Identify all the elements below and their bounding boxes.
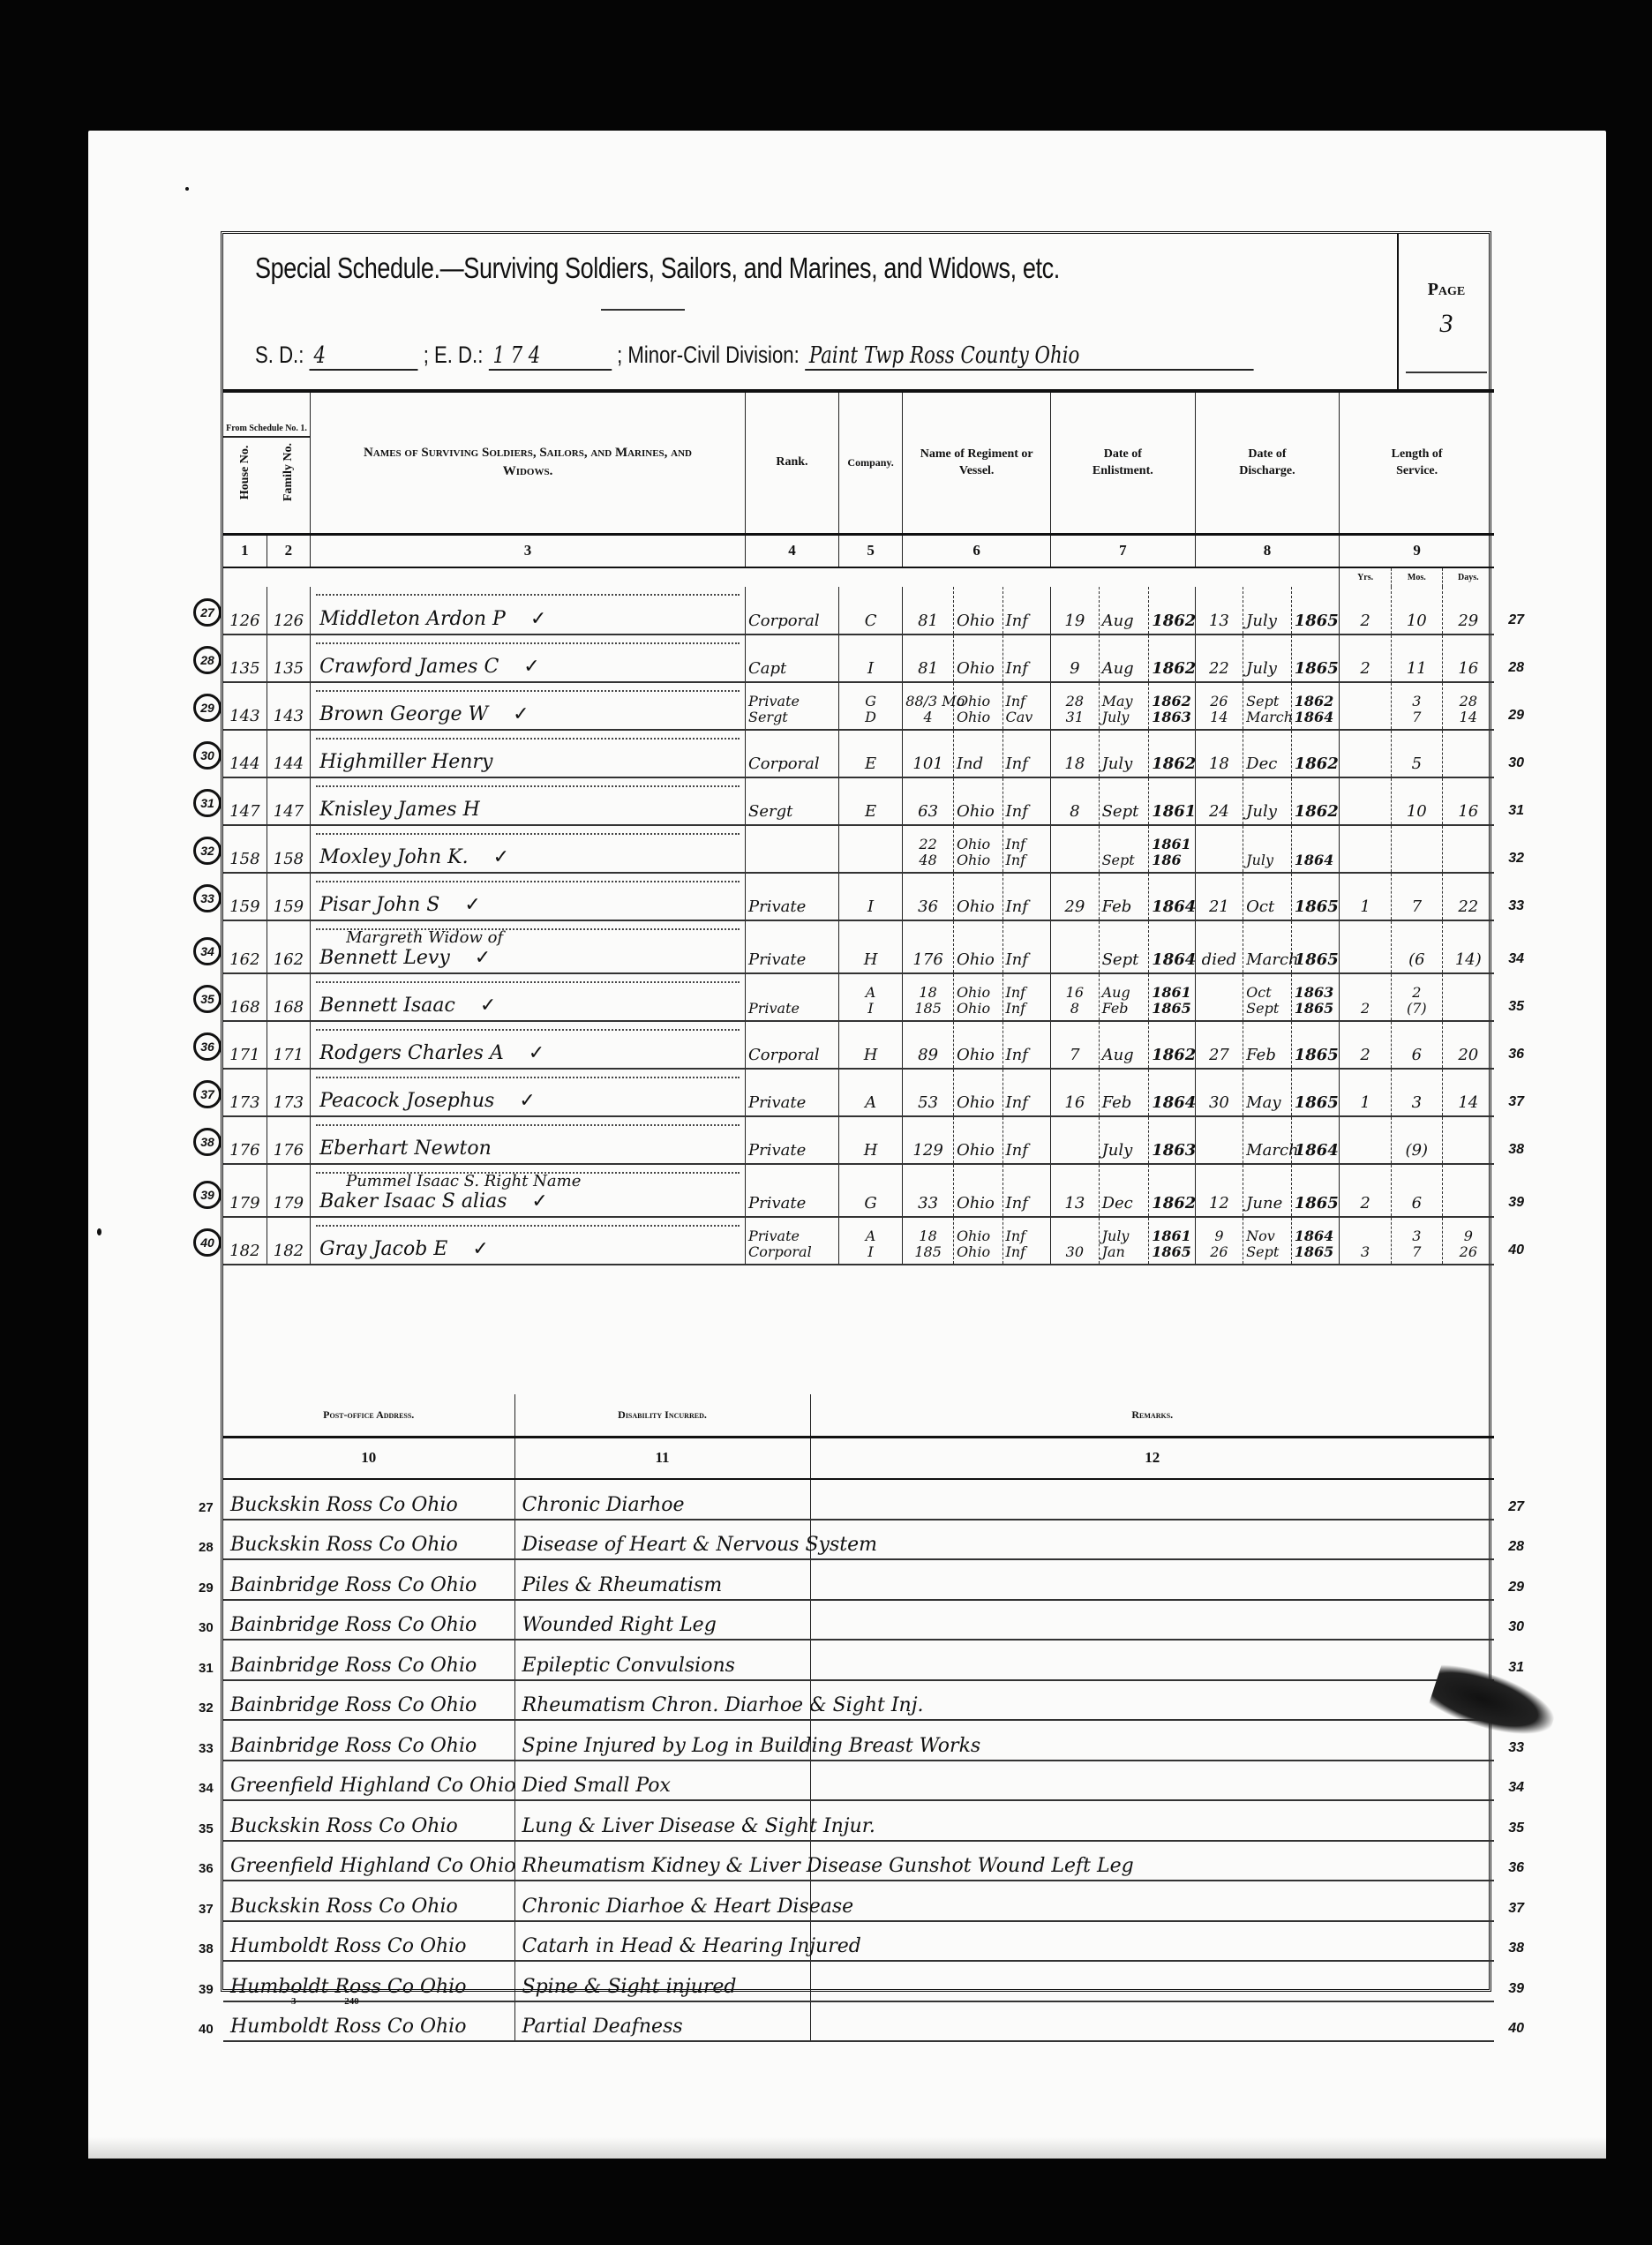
enlist-year: 1864	[1149, 873, 1195, 920]
company: AI	[838, 1217, 902, 1265]
regiment-number: 36	[903, 873, 954, 920]
line-number-circle: 36	[193, 1032, 222, 1061]
discharge-day-value: 24	[1209, 802, 1229, 821]
disability-incurred: Died Small Pox	[514, 1761, 810, 1801]
left-line-number: 31	[199, 1661, 214, 1676]
soldier-name-value: Moxley John K.	[319, 846, 468, 868]
remarks: 37	[810, 1881, 1494, 1921]
regiment-number: 81	[903, 587, 954, 634]
page-box: Page 3	[1397, 234, 1494, 389]
regiment-arm: Inf	[1002, 1021, 1051, 1069]
enlist-year-value: 1861	[1152, 837, 1191, 852]
enlist-year-value: 1865	[1152, 1244, 1191, 1260]
speck	[185, 187, 189, 191]
enlist-day-value: 16	[1064, 1093, 1085, 1112]
discharge-month-value: Sept	[1246, 1001, 1288, 1017]
left-line-number: 34	[199, 1781, 214, 1796]
sd-value: 4	[310, 342, 418, 371]
remarks: 28	[810, 1520, 1494, 1560]
line-number-circle: 31	[193, 789, 222, 817]
discharge-year-value: 1864	[1295, 1141, 1339, 1160]
discharge-day-value: 9	[1198, 1228, 1241, 1244]
address-row: Buckskin Ross Co Ohio27Chronic Diarhoe27	[223, 1479, 1494, 1520]
rank-value: Private	[748, 1228, 836, 1244]
disability-incurred-value: Chronic Diarhoe & Heart Disease	[522, 1896, 854, 1918]
col-num-11: 11	[514, 1437, 810, 1479]
enlist-year-value: 1864	[1152, 950, 1196, 969]
col-num-7: 7	[1051, 534, 1196, 567]
district-line: S. D.: 4 ; E. D.: 174 ; Minor-Civil Divi…	[255, 342, 1253, 371]
remarks: 32	[810, 1680, 1494, 1721]
soldier-name: Highmiller Henry	[311, 730, 746, 777]
disability-incurred: Chronic Diarhoe	[514, 1479, 810, 1520]
service-months-value: (7)	[1394, 1001, 1439, 1017]
regiment-arm-value: Inf	[1006, 1093, 1028, 1112]
discharge-month-value: July	[1246, 612, 1277, 630]
regiment-number: 18185	[903, 973, 954, 1021]
service-days: 30	[1442, 730, 1494, 777]
company-value: H	[864, 950, 878, 969]
discharge-month: July	[1243, 587, 1292, 634]
disability-incurred: Rheumatism Chron. Diarhoe & Sight Inj.	[514, 1680, 810, 1721]
regiment-number-value: 4	[905, 710, 950, 725]
service-years-value: 2	[1342, 1001, 1388, 1017]
regiment-arm: Inf	[1002, 1164, 1051, 1217]
enlist-month-value: Feb	[1102, 897, 1132, 916]
regiment-state: Ind	[953, 730, 1002, 777]
service-years-value: 1	[1360, 1093, 1370, 1112]
service-months-value: 7	[1394, 710, 1439, 725]
right-line-number: 39	[1508, 1981, 1524, 1997]
discharge-month-value: June	[1246, 1194, 1282, 1213]
service-days: 39	[1442, 1164, 1494, 1217]
regiment-state: Ohio	[953, 1164, 1002, 1217]
regiment-number: 81	[903, 634, 954, 682]
speck	[97, 1228, 101, 1235]
disability-incurred: Chronic Diarhoe & Heart Disease	[514, 1881, 810, 1921]
enlist-year-value: 1861	[1152, 1228, 1191, 1244]
enlist-month: Feb	[1099, 1069, 1149, 1116]
table-row: 38176176Eberhart NewtonPrivateH129OhioIn…	[223, 1116, 1494, 1164]
right-line-number: 33	[1508, 898, 1524, 914]
right-line-number: 38	[1508, 1142, 1524, 1158]
address-row: Greenfield Highland Co Ohio36Rheumatism …	[223, 1841, 1494, 1881]
regiment-number-value: 18	[905, 1228, 950, 1244]
right-line-number: 31	[1508, 1660, 1524, 1676]
post-office-address-value: Bainbridge Ross Co Ohio	[230, 1694, 477, 1716]
family-number: 168	[267, 973, 310, 1021]
discharge-year-value: 1864	[1295, 852, 1337, 868]
company-value: E	[865, 802, 876, 821]
regiment-arm: Inf	[1002, 730, 1051, 777]
regiment-arm: Inf	[1002, 1069, 1051, 1116]
col-num-8: 8	[1195, 534, 1340, 567]
discharge-month-value: Feb	[1246, 1046, 1276, 1064]
service-days: 1628	[1442, 634, 1494, 682]
right-line-number: 34	[1508, 1780, 1524, 1796]
post-office-address: Bainbridge Ross Co Ohio33	[223, 1720, 514, 1761]
discharge-year: 1862	[1291, 777, 1340, 825]
regiment-state-value: Ohio	[957, 985, 1000, 1001]
house-number: 27126	[223, 587, 267, 634]
rank: Capt	[745, 634, 838, 682]
company: I	[838, 634, 902, 682]
discharge-day-value: 13	[1209, 612, 1229, 630]
discharge-day-value: 22	[1209, 659, 1229, 678]
service-months	[1391, 825, 1442, 873]
enlist-month: Sept	[1099, 777, 1149, 825]
rank-value: Private	[748, 1001, 836, 1017]
discharge-year-value: 1864	[1295, 1228, 1337, 1244]
service-days: 38	[1442, 1116, 1494, 1164]
enlist-year: 1861	[1149, 777, 1195, 825]
title-rule	[601, 309, 685, 311]
regiment-state: Ohio	[953, 1116, 1002, 1164]
enlist-day: 168	[1051, 973, 1100, 1021]
regiment-arm-value: Inf	[1006, 950, 1028, 969]
service-days: 32	[1442, 825, 1494, 873]
table-row: 28135135Crawford James C✓CaptI81OhioInf9…	[223, 634, 1494, 682]
right-line-number: 29	[1508, 708, 1524, 724]
regiment-state-value: Ohio	[957, 1001, 1000, 1017]
check-mark-icon: ✓	[493, 846, 509, 868]
service-years	[1340, 1116, 1392, 1164]
footer-code-a: 3	[291, 1996, 297, 2007]
address-row: Humboldt Ross Co Ohio39Spine & Sight inj…	[223, 1961, 1494, 2001]
disability-incurred-value: Spine & Sight injured	[522, 1976, 737, 1998]
regiment-arm-value: Inf	[1006, 897, 1028, 916]
service-days-value: 16	[1458, 659, 1478, 678]
company: H	[838, 920, 902, 973]
enlist-day-value: 8	[1054, 1001, 1096, 1017]
post-office-address-value: Bainbridge Ross Co Ohio	[230, 1614, 477, 1636]
right-line-number: 38	[1508, 1941, 1524, 1956]
disability-incurred-value: Partial Deafness	[522, 2016, 683, 2038]
left-line-number: 33	[199, 1741, 214, 1756]
discharge-month-value: March	[1246, 950, 1298, 969]
table-row: 37173173Peacock Josephus✓PrivateA53OhioI…	[223, 1069, 1494, 1116]
discharge-year: 1865	[1291, 1164, 1340, 1217]
discharge-month-value: Oct	[1246, 985, 1288, 1001]
left-line-number: 40	[199, 2022, 214, 2037]
regiment-state-value: Ohio	[957, 612, 995, 630]
disability-incurred: Catarh in Head & Hearing Injured	[514, 1921, 810, 1962]
enlist-month: July	[1099, 730, 1149, 777]
remarks: 34	[810, 1761, 1494, 1801]
regiment-arm-value: Inf	[1006, 694, 1048, 710]
col-num-3: 3	[311, 534, 746, 567]
check-mark-icon: ✓	[523, 656, 539, 678]
company: E	[838, 730, 902, 777]
discharge-day: 21	[1195, 873, 1243, 920]
disability-incurred: Wounded Right Leg	[514, 1600, 810, 1641]
enlist-day: 29	[1051, 873, 1100, 920]
service-years: 2	[1340, 973, 1392, 1021]
rank: Corporal	[745, 587, 838, 634]
enlist-year-value: 1862	[1152, 659, 1196, 678]
discharge-year: 18631865	[1291, 973, 1340, 1021]
regiment-number-value: 89	[918, 1046, 938, 1064]
col-num-5: 5	[838, 534, 902, 567]
post-office-address-value: Humboldt Ross Co Ohio	[230, 1976, 466, 1998]
enlist-month: MayJuly	[1099, 682, 1149, 730]
soldier-name: Margreth Widow ofBennett Levy✓	[311, 920, 746, 973]
col-num-6: 6	[903, 534, 1051, 567]
mcd-label: ; Minor-Civil Division:	[617, 342, 800, 368]
post-office-address: Buckskin Ross Co Ohio37	[223, 1881, 514, 1921]
discharge-month: Dec	[1243, 730, 1292, 777]
regiment-number-value: 101	[912, 755, 942, 773]
right-line-number: 36	[1508, 1047, 1524, 1062]
service-years: 1	[1340, 1069, 1392, 1116]
enlist-month: Feb	[1099, 873, 1149, 920]
line-number-circle: 37	[193, 1080, 222, 1108]
enlist-day-value: 13	[1064, 1194, 1085, 1213]
service-months-value: 3	[1394, 694, 1439, 710]
enlist-day: 7	[1051, 1021, 1100, 1069]
service-days-value: 29	[1458, 612, 1478, 630]
soldier-name: Peacock Josephus✓	[311, 1069, 746, 1116]
regiment-state-value: Ohio	[957, 802, 995, 821]
regiment-arm: Inf	[1002, 873, 1051, 920]
company-value: D	[842, 710, 899, 725]
service-years-value: 1	[1360, 897, 1370, 916]
regiment-number-value: 129	[912, 1141, 942, 1160]
regiment-state: Ohio	[953, 920, 1002, 973]
service-days: 2233	[1442, 873, 1494, 920]
form-header: Special Schedule.—Surviving Soldiers, Sa…	[223, 234, 1494, 393]
enlist-day: 30	[1051, 1217, 1100, 1265]
check-mark-icon: ✓	[531, 1190, 547, 1213]
service-years-value: 2	[1360, 612, 1370, 630]
house-number-value: 182	[229, 1242, 259, 1260]
line-number-circle: 34	[193, 937, 222, 965]
remarks: 27	[810, 1479, 1494, 1520]
post-office-address-value: Bainbridge Ross Co Ohio	[230, 1655, 477, 1677]
enlist-year-value: 1862	[1152, 694, 1191, 710]
regiment-number: 33	[903, 1164, 954, 1217]
regiment-arm: InfInf	[1002, 825, 1051, 873]
left-line-number: 29	[199, 1581, 214, 1596]
discharge-month-value: Dec	[1246, 755, 1277, 773]
regiment-arm: Inf	[1002, 634, 1051, 682]
name-annotation: Margreth Widow of	[319, 928, 742, 947]
regiment-state-value: Ohio	[957, 710, 1000, 725]
family-number: 171	[267, 1021, 310, 1069]
discharge-month: July	[1243, 634, 1292, 682]
disability-incurred-value: Died Small Pox	[522, 1775, 671, 1797]
remarks-header: Remarks.	[810, 1394, 1494, 1437]
address-row: Buckskin Ross Co Ohio28Disease of Heart …	[223, 1520, 1494, 1560]
service-months-value: 6	[1412, 1046, 1422, 1064]
rank-value: Corporal	[748, 1244, 836, 1260]
regiment-number: 101	[903, 730, 954, 777]
enlist-year: 1861186	[1149, 825, 1195, 873]
enlist-year-value: 1862	[1152, 612, 1196, 630]
check-mark-icon: ✓	[475, 947, 491, 969]
enlist-day: 8	[1051, 777, 1100, 825]
service-days-value: 28	[1445, 694, 1491, 710]
post-office-address: Bainbridge Ross Co Ohio29	[223, 1559, 514, 1600]
days-header: Days.	[1442, 567, 1494, 587]
enlist-month: Sept	[1099, 920, 1149, 973]
names-header: Names of Surviving Soldiers, Sailors, an…	[311, 393, 746, 534]
company: AI	[838, 973, 902, 1021]
address-row: Humboldt Ross Co Ohio38Catarh in Head & …	[223, 1921, 1494, 1962]
special-schedule-form: Special Schedule.—Surviving Soldiers, Sa…	[221, 231, 1491, 1992]
regiment-state: OhioOhio	[953, 682, 1002, 730]
soldier-name-value: Pisar John S	[319, 894, 439, 916]
house-number: 32158	[223, 825, 267, 873]
disability-header: Disability Incurred.	[514, 1394, 810, 1437]
house-number-value: 158	[229, 850, 259, 868]
discharge-month: Feb	[1243, 1021, 1292, 1069]
remarks: 29	[810, 1559, 1494, 1600]
service-years	[1340, 682, 1392, 730]
soldier-name-value: Knisley James H	[319, 799, 480, 821]
rank: Private	[745, 920, 838, 973]
discharge-month: July	[1243, 825, 1292, 873]
right-line-number: 27	[1508, 1499, 1524, 1515]
discharge-year-value: 1862	[1295, 755, 1339, 773]
address-row: Greenfield Highland Co Ohio34Died Small …	[223, 1761, 1494, 1801]
enlist-year: 1862	[1149, 587, 1195, 634]
footer-codes: 3 240	[291, 1996, 405, 2007]
soldier-name: Brown George W✓	[311, 682, 746, 730]
service-months-value: 11	[1407, 659, 1427, 678]
discharge-year-value: 1865	[1295, 1046, 1339, 1064]
length-header: Length of Service.	[1340, 393, 1494, 534]
discharge-month-value: July	[1246, 852, 1288, 868]
service-days: 14)34	[1442, 920, 1494, 973]
house-number: 36171	[223, 1021, 267, 1069]
discharge-month-value: Nov	[1246, 1228, 1288, 1244]
service-days: 1631	[1442, 777, 1494, 825]
enlist-day: 19	[1051, 587, 1100, 634]
discharge-year-value: 1865	[1295, 897, 1339, 916]
service-months: 7	[1391, 873, 1442, 920]
enlist-year: 1862	[1149, 1021, 1195, 1069]
regiment-number-value: 22	[905, 837, 950, 852]
right-line-number: 31	[1508, 803, 1524, 819]
disability-incurred-value: Epileptic Convulsions	[522, 1655, 735, 1677]
service-days: 1437	[1442, 1069, 1494, 1116]
service-days: 2036	[1442, 1021, 1494, 1069]
discharge-year: 1862	[1291, 730, 1340, 777]
discharge-day-value: 12	[1209, 1194, 1229, 1213]
discharge-month-value: Oct	[1246, 897, 1274, 916]
subheader-spacer	[223, 567, 1340, 587]
soldier-name-value: Gray Jacob E	[319, 1238, 447, 1260]
page-underline	[1406, 372, 1487, 373]
soldier-name-value: Rodgers Charles A	[319, 1042, 504, 1064]
post-office-address: Humboldt Ross Co Ohio38	[223, 1921, 514, 1962]
enlist-year: 1862	[1149, 1164, 1195, 1217]
regiment-number: 89	[903, 1021, 954, 1069]
service-years	[1340, 730, 1392, 777]
discharge-year: 18621864	[1291, 682, 1340, 730]
regiment-arm-value: Inf	[1006, 659, 1028, 678]
family-number: 182	[267, 1217, 310, 1265]
house-number-value: 135	[229, 659, 259, 678]
enlist-month-value: July	[1102, 1228, 1146, 1244]
house-number-value: 176	[229, 1141, 259, 1160]
discharge-day	[1195, 825, 1243, 873]
regiment-arm-value: Inf	[1006, 755, 1028, 773]
regiment-arm: InfInf	[1002, 973, 1051, 1021]
service-days: 35	[1442, 973, 1494, 1021]
remarks: 36	[810, 1841, 1494, 1881]
post-office-address-value: Bainbridge Ross Co Ohio	[230, 1574, 477, 1596]
page-label: Page	[1399, 280, 1494, 300]
house-number: 38176	[223, 1116, 267, 1164]
post-office-address: Humboldt Ross Co Ohio39	[223, 1961, 514, 2001]
family-number: 179	[267, 1164, 310, 1217]
check-mark-icon: ✓	[529, 1042, 544, 1064]
company: C	[838, 587, 902, 634]
right-line-number: 30	[1508, 1619, 1524, 1635]
remarks: 40	[810, 2001, 1494, 2042]
left-line-number: 35	[199, 1821, 214, 1836]
house-number: 33159	[223, 873, 267, 920]
table-row: 30144144Highmiller HenryCorporalE101IndI…	[223, 730, 1494, 777]
discharge-year-value: 1862	[1295, 802, 1339, 821]
discharge-day-value: died	[1202, 950, 1236, 969]
discharge-day-value: 30	[1209, 1093, 1229, 1112]
family-number: 135	[267, 634, 310, 682]
discharge-day	[1195, 1116, 1243, 1164]
regiment-arm-value: Inf	[1006, 1228, 1048, 1244]
left-line-number: 32	[199, 1701, 214, 1716]
line-number-circle: 29	[193, 694, 222, 722]
house-number-value: 179	[229, 1194, 259, 1213]
discharge-month: July	[1243, 777, 1292, 825]
soldier-name: Pummel Isaac S. Right NameBaker Isaac S …	[311, 1164, 746, 1217]
post-office-address-value: Buckskin Ross Co Ohio	[230, 1534, 458, 1556]
discharge-day: 22	[1195, 634, 1243, 682]
rank-value: Private	[748, 694, 836, 710]
rank-value: Sergt	[748, 802, 792, 821]
regiment-state-value: Ohio	[957, 1228, 1000, 1244]
family-number: 173	[267, 1069, 310, 1116]
post-office-address: Buckskin Ross Co Ohio27	[223, 1479, 514, 1520]
regiment-state: Ohio	[953, 634, 1002, 682]
address-disability-table: Post-office Address. Disability Incurred…	[223, 1394, 1494, 2042]
service-months: 5	[1391, 730, 1442, 777]
rank-value: Corporal	[748, 755, 820, 773]
enlist-day-value: 8	[1070, 802, 1079, 821]
enlist-day: 18	[1051, 730, 1100, 777]
service-years: 1	[1340, 873, 1392, 920]
regiment-number-value: 18	[905, 985, 950, 1001]
regiment-number: 63	[903, 777, 954, 825]
regiment-state: Ohio	[953, 587, 1002, 634]
enlist-month: Aug	[1099, 587, 1149, 634]
discharge-year: 1865	[1291, 1021, 1340, 1069]
table-row: 32158158Moxley John K.✓2248OhioOhioInfIn…	[223, 825, 1494, 873]
table-row: 40182182Gray Jacob E✓PrivateCorporalAI18…	[223, 1217, 1494, 1265]
check-mark-icon: ✓	[464, 894, 480, 916]
company: A	[838, 1069, 902, 1116]
soldier-name-value: Highmiller Henry	[319, 751, 492, 773]
rank-header: Rank.	[745, 393, 838, 534]
company-value: E	[865, 755, 876, 773]
address-header: Post-office Address.	[223, 1394, 514, 1437]
enlist-month-value: May	[1102, 694, 1146, 710]
yrs-header: Yrs.	[1340, 567, 1392, 587]
discharge-day: 30	[1195, 1069, 1243, 1116]
family-number: 158	[267, 825, 310, 873]
